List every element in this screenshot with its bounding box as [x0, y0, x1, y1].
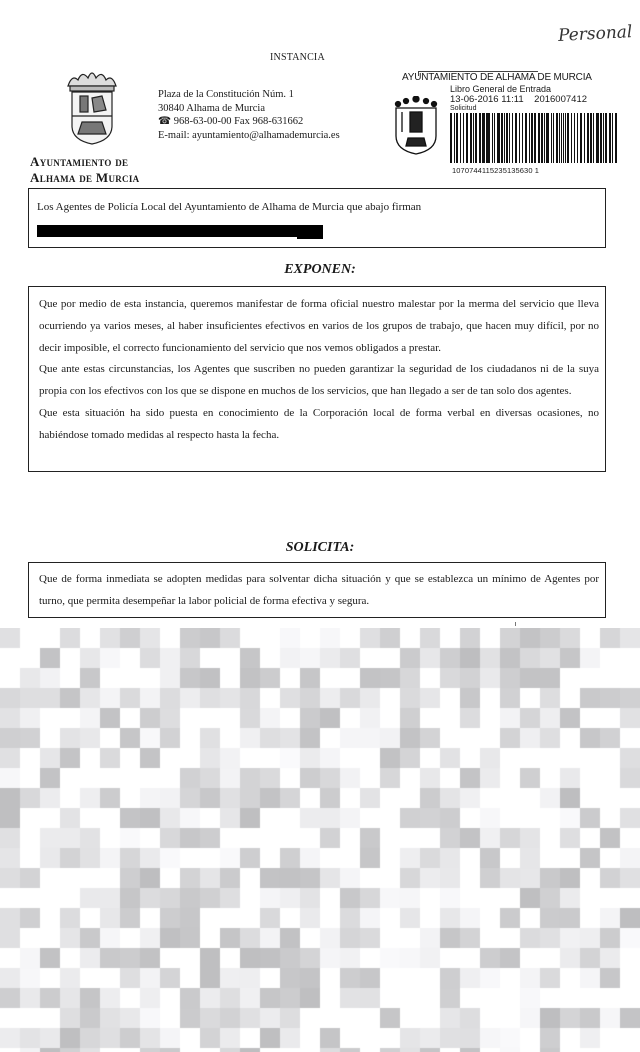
applicant-box: Los Agentes de Policía Local del Ayuntam… [28, 188, 606, 248]
org-name-line: Ayuntamiento de [30, 154, 139, 170]
org-name: Ayuntamiento de Alhama de Murcia [30, 154, 139, 186]
stamp-datetime: 13-06-2016 11:11 [450, 94, 524, 105]
coat-of-arms-icon [62, 68, 122, 146]
exponen-box: Que por medio de esta instancia, queremo… [28, 286, 606, 472]
solicita-paragraph: Que de forma inmediata se adopten medida… [39, 568, 599, 612]
solicita-box: Que de forma inmediata se adopten medida… [28, 562, 606, 618]
municipal-address: Plaza de la Constitución Núm. 1 30840 Al… [158, 88, 340, 142]
address-line: Plaza de la Constitución Núm. 1 [158, 88, 340, 102]
redaction-bar [37, 225, 297, 237]
stamp-type: Solicitud [450, 105, 476, 112]
exponen-paragraph: Que por medio de esta instancia, queremo… [39, 294, 599, 359]
phone-fax-line: ☎ 968-63-00-00 Fax 968-631662 [158, 115, 340, 129]
exponen-paragraph: Que esta situación ha sido puesta en con… [39, 403, 599, 447]
barcode-number: 1070744115235135630 1 [452, 166, 539, 175]
stamp-title: AYUNTAMIENTO DE ALHAMA DE MURCIA [402, 72, 592, 83]
stamp-book: Libro General de Entrada [450, 84, 551, 94]
solicita-text: Que de forma inmediata se adopten medida… [39, 568, 599, 612]
registry-stamp: AYUNTAMIENTO DE ALHAMA DE MURCIA Libro G… [388, 64, 618, 180]
email-line: E-mail: ayuntamiento@alhamademurcia.es [158, 129, 340, 143]
stamp-datetime-number: 13-06-2016 11:11 2016007412 [450, 94, 587, 105]
org-name-line: Alhama de Murcia [30, 170, 139, 186]
exponen-text: Que por medio de esta instancia, queremo… [39, 294, 599, 447]
scan-mark [515, 622, 516, 626]
redaction-bar [297, 225, 323, 239]
pixelated-signatures-area [0, 628, 640, 1052]
exponen-paragraph: Que ante estas circunstancias, los Agent… [39, 359, 599, 403]
stamp-entry-number: 2016007412 [534, 94, 587, 105]
stamp-crest-icon [392, 96, 440, 156]
applicant-text: Los Agentes de Policía Local del Ayuntam… [37, 201, 421, 213]
address-line: 30840 Alhama de Murcia [158, 102, 340, 116]
solicita-heading: SOLICITA: [0, 540, 640, 556]
exponen-heading: EXPONEN: [0, 262, 640, 278]
barcode [450, 113, 618, 163]
form-type-label: INSTANCIA [270, 52, 325, 63]
handwritten-note: Personal [558, 22, 633, 46]
